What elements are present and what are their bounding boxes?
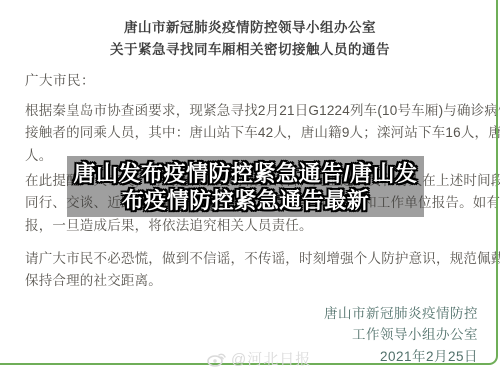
watermark-text: @河北日报 xyxy=(231,348,311,369)
overlay-caption-line1: 唐山发布疫情防控紧急通告/唐山发 xyxy=(67,160,424,187)
overlay-caption-line2: 布疫情防控紧急通告最新 xyxy=(67,187,424,214)
text-line: 接触者的同乘人员，其中：唐山站下车42人，唐山籍9人；滦河站下车16人，唐山籍5 xyxy=(25,122,483,144)
notice-title-line2: 关于紧急寻找同车厢相关密切接触人员的通告 xyxy=(0,38,500,58)
text-line: 2021年2月25日 xyxy=(324,346,478,367)
weibo-icon xyxy=(207,351,226,367)
text-line: 保持合理的社交距离。 xyxy=(25,270,483,292)
paragraph-no-panic: 请广大市民不必恐慌，做到不信谣，不传谣，时刻增强个人防护意识，规范佩戴口罩，保持… xyxy=(25,248,483,293)
text-line: 请广大市民不必恐慌，做到不信谣，不传谣，时刻增强个人防护意识，规范佩戴口罩， xyxy=(25,248,483,270)
text-line: 唐山市新冠肺炎疫情防控 xyxy=(324,303,478,324)
overlay-caption: 唐山发布疫情防控紧急通告/唐山发 布疫情防控紧急通告最新 xyxy=(67,156,424,217)
signature-block: 唐山市新冠肺炎疫情防控工作领导小组办公室2021年2月25日 xyxy=(324,303,478,367)
text-line: 报，一旦造成后果，将依法追究相关人员责任。 xyxy=(25,215,483,237)
salutation: 广大市民： xyxy=(25,69,95,89)
text-line: 工作领导小组办公室 xyxy=(324,324,478,345)
text-line: 根据秦皇岛市协查函要求，现紧急寻找2月21日G1224列车(10号车厢)与确诊病… xyxy=(25,100,483,122)
notice-title-line1: 唐山市新冠肺炎疫情防控领导小组办公室 xyxy=(0,16,500,36)
watermark: @河北日报 xyxy=(207,348,311,369)
notice-page: 唐山市新冠肺炎疫情防控领导小组办公室 关于紧急寻找同车厢相关密切接触人员的通告 … xyxy=(0,0,500,374)
